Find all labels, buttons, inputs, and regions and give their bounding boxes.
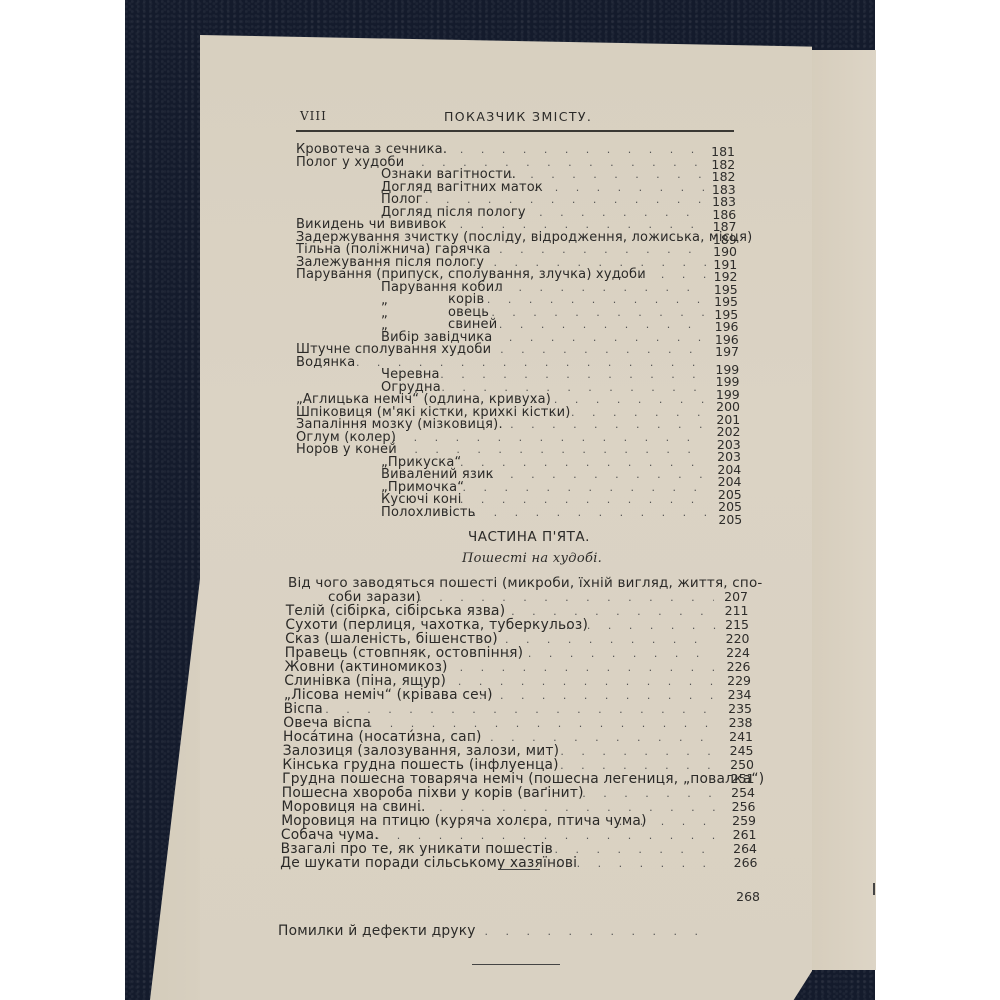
page-number: 256 xyxy=(726,799,756,814)
toc-entry: „Лісова неміч“ (крівава сеч). . . . . . … xyxy=(284,688,750,703)
next-page-text-fragment xyxy=(873,883,875,895)
dot-leader: . . . . . . . . . . . . . . . . . . . . … xyxy=(479,688,716,703)
book-page: VIII ПОКАЗЧИК ЗМІСТУ. Кровотеча з сечник… xyxy=(200,35,812,1000)
dot-leader: . . . . . . . . . . . . . . . . . . . . … xyxy=(473,505,706,520)
dot-leader: . . . . . . . . . . . . . . . . . . . . … xyxy=(464,924,711,939)
page-number: 205 xyxy=(712,512,742,527)
page-number: 224 xyxy=(720,645,750,660)
dot-leader: . . . . . . . . . . . . . . . . . . . . … xyxy=(439,660,716,675)
page-number: 261 xyxy=(727,827,757,842)
short-rule-lower xyxy=(472,964,560,965)
toc-entry-title: Полохливість xyxy=(381,505,476,520)
page-number: 254 xyxy=(725,785,755,800)
page-number: 268 xyxy=(730,889,760,904)
dot-leader: . . . . . . . . . . . . . . . . . . . . … xyxy=(619,814,716,829)
page-header: VIII ПОКАЗЧИК ЗМІСТУ. xyxy=(296,106,740,126)
page-number: 234 xyxy=(722,687,752,702)
page-text: VIII ПОКАЗЧИК ЗМІСТУ. Кровотеча з сечник… xyxy=(200,35,812,1000)
section-subtitle: Пошесті на худобі. xyxy=(462,551,602,566)
page-number: 245 xyxy=(724,743,754,758)
dot-leader: . . . . . . . . . . . . . . . . . . . . … xyxy=(507,646,716,661)
page-number: 251 xyxy=(725,771,755,786)
short-rule-upper xyxy=(500,869,540,870)
page-number: 215 xyxy=(719,617,749,632)
page-number: 241 xyxy=(723,729,753,744)
page-number: 235 xyxy=(722,701,752,716)
dot-leader: . . . . . . . . . . . . . . . . . . . . … xyxy=(325,702,716,717)
dot-leader: . . . . . . . . . . . . . . . . . . . . … xyxy=(539,744,716,759)
running-head: ПОКАЗЧИК ЗМІСТУ. xyxy=(444,109,592,124)
dot-leader: . . . . . . . . . . . . . . . . . . . . … xyxy=(561,786,716,801)
page-number: 226 xyxy=(721,659,751,674)
page-number: 266 xyxy=(728,855,758,870)
folio: VIII xyxy=(300,109,327,123)
header-rule xyxy=(296,130,734,132)
page-number: 238 xyxy=(723,715,753,730)
dot-leader: . . . . . . . . . . . . . . . . . . . . … xyxy=(556,856,716,871)
page-number: 220 xyxy=(720,631,750,646)
dot-leader: . . . . . . . . . . . . . . . . . . . . … xyxy=(566,618,716,633)
page-number: 259 xyxy=(726,813,756,828)
page-number: 229 xyxy=(721,673,751,688)
next-page-edge xyxy=(808,50,876,970)
toc-entry: Полохливість. . . . . . . . . . . . . . … xyxy=(381,505,740,520)
page-number: 211 xyxy=(719,603,749,618)
page-number: 264 xyxy=(727,841,757,856)
errata-line: Помилки й дефекти друку. . . . . . . . .… xyxy=(278,924,745,939)
toc-entry-title: Помилки й дефекти друку xyxy=(278,924,476,939)
section-title: ЧАСТИНА П'ЯТА. xyxy=(468,529,590,545)
toc-entry-title: Водянка xyxy=(296,355,355,370)
page-number: 207 xyxy=(718,589,748,604)
page-number: 250 xyxy=(724,757,754,772)
